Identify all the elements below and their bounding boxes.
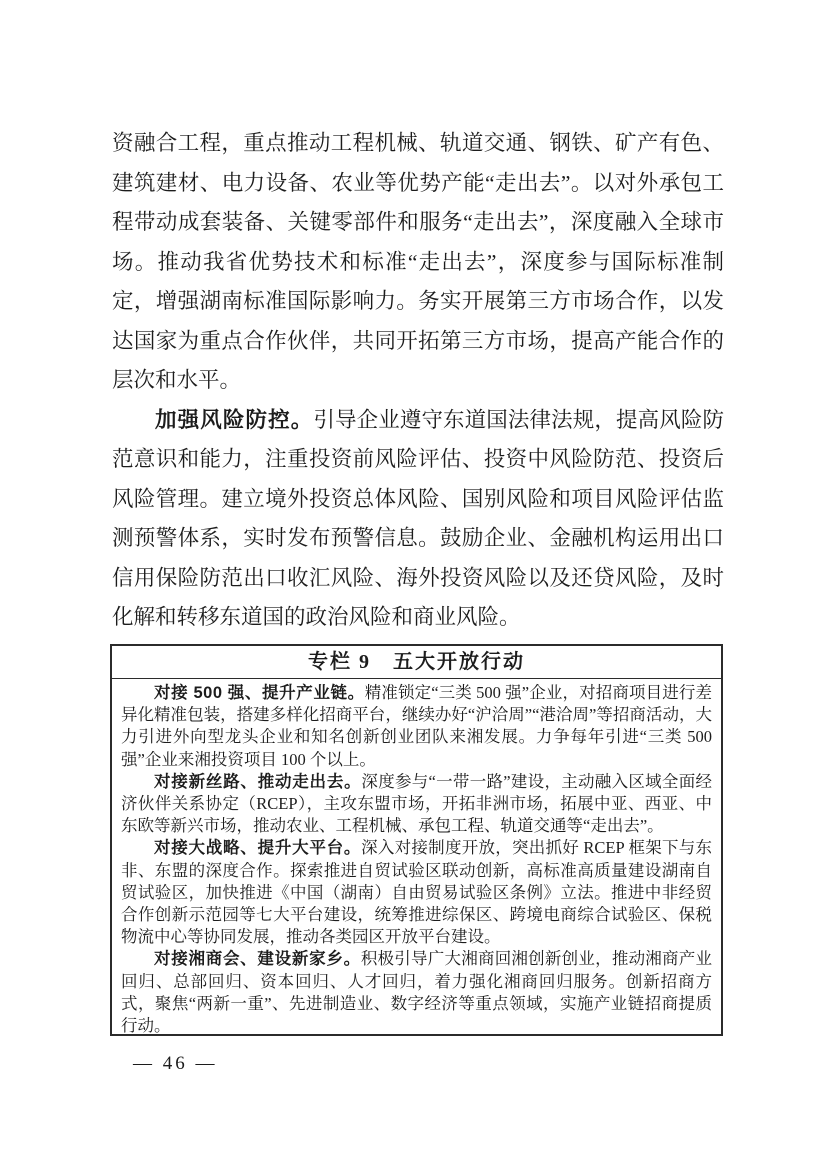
item-lead: 对接湘商会、建设新家乡。 [154,950,361,968]
paragraph-text: 资融合工程，重点推动工程机械、轨道交通、钢铁、矿产有色、建筑建材、电力设备、农业… [112,131,724,392]
column-box-item: 对接大战略、提升大平台。深入对接制度开放，突出抓好 RCEP 框架下与东非、东盟… [121,837,712,948]
column-box-item: 对接新丝路、推动走出去。深度参与“一带一路”建设，主动融入区域全面经济伙伴关系协… [121,771,712,838]
main-text-block: 资融合工程，重点推动工程机械、轨道交通、钢铁、矿产有色、建筑建材、电力设备、农业… [112,124,724,638]
body-paragraph: 资融合工程，重点推动工程机械、轨道交通、钢铁、矿产有色、建筑建材、电力设备、农业… [112,124,724,401]
item-lead: 对接大战略、提升大平台。 [154,839,361,857]
document-page: 资融合工程，重点推动工程机械、轨道交通、钢铁、矿产有色、建筑建材、电力设备、农业… [0,0,827,1169]
paragraph-lead: 加强风险防控。 [155,408,313,432]
column-box-9: 专栏 9 五大开放行动 对接 500 强、提升产业链。精准锁定“三类 500 强… [110,644,723,1036]
body-paragraph: 加强风险防控。引导企业遵守东道国法律法规，提高风险防范意识和能力，注重投资前风险… [112,401,724,638]
item-lead: 对接新丝路、推动走出去。 [154,773,361,791]
column-box-body: 对接 500 强、提升产业链。精准锁定“三类 500 强”企业，对招商项目进行差… [112,679,721,1034]
page-number: — 46 — [133,1053,218,1075]
item-lead: 对接 500 强、提升产业链。 [154,684,365,702]
column-box-item: 对接湘商会、建设新家乡。积极引导广大湘商回湘创新创业，推动湘商产业回归、总部回归… [121,948,712,1034]
column-box-item: 对接 500 强、提升产业链。精准锁定“三类 500 强”企业，对招商项目进行差… [121,682,712,771]
column-box-title: 专栏 9 五大开放行动 [112,646,721,679]
paragraph-text: 引导企业遵守东道国法律法规，提高风险防范意识和能力，注重投资前风险评估、投资中风… [112,408,724,630]
